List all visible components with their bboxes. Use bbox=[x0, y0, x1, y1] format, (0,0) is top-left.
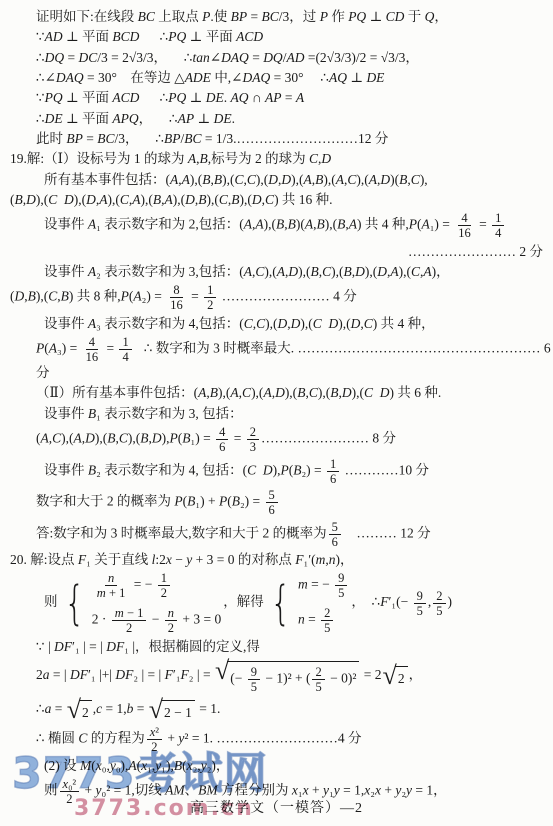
fraction: 816 bbox=[167, 283, 186, 312]
equation-system: {nm + 1 = − 122 · m − 12 − n2 + 3 = 0 bbox=[60, 571, 222, 635]
document-page: 证明如下:在线段 BC 上取点 P.使 BP = BC/3，过 P 作 PQ ⊥… bbox=[0, 0, 553, 826]
text-line: ∴a = √2,c = 1,b = √2 − 1 = 1. bbox=[0, 697, 553, 723]
text-line: (A,C),(A,D),(B,C),(B,D),P(B₁) = 46 = 23…… bbox=[0, 425, 553, 454]
fraction: 46 bbox=[216, 425, 228, 454]
fraction: 95 bbox=[335, 571, 347, 600]
brace-icon: { bbox=[270, 584, 290, 623]
text-line: 设事件 B₁ 表示数字和为 3, 包括： bbox=[0, 405, 553, 423]
text-line: 20. 解:设点 F₁ 关于直线 l:2x − y + 3 = 0 的对称点 F… bbox=[0, 551, 553, 569]
square-root: √2 bbox=[383, 663, 408, 689]
fraction: nm + 1 bbox=[94, 571, 129, 600]
text-line: ∴DE ⊥ 平面 APQ， ∴AP ⊥ DE. bbox=[0, 110, 553, 128]
fraction: 12 bbox=[204, 283, 216, 312]
text-line: 此时 BP = BC/3， ∴BP/BC = 1/3.………………………12 分 bbox=[0, 130, 553, 148]
text-line: P(A₃) = 416 = 14 ∴ 数字和为 3 时概率最大. …………………… bbox=[0, 335, 553, 382]
square-root: √2 bbox=[67, 697, 92, 723]
square-root: √(− 95 − 1)² + (25 − 0)² bbox=[215, 658, 359, 694]
square-root: √2 − 1 bbox=[149, 697, 195, 723]
fraction: m − 12 bbox=[112, 606, 147, 635]
text-line: 证明如下:在线段 BC 上取点 P.使 BP = BC/3，过 P 作 PQ ⊥… bbox=[0, 8, 553, 26]
text-line: ∵AD ⊥ 平面 BCD ∴PQ ⊥ 平面 ACD bbox=[0, 28, 553, 46]
text-line: 19.解:（Ⅰ）设标号为 1 的球为 A,B,标号为 2 的球为 C,D bbox=[0, 150, 553, 168]
text-line: 设事件 A₃ 表示数字和为 4,包括：(C,C),(D,D),(C D),(D,… bbox=[0, 315, 553, 333]
text-line: （Ⅱ）所有基本事件包括：(A,B),(A,C),(A,D),(B,C),(B,D… bbox=[0, 384, 553, 402]
fraction: 23 bbox=[247, 425, 259, 454]
fraction: 95 bbox=[414, 589, 426, 618]
brace-icon: { bbox=[64, 584, 84, 623]
text-line: 数字和大于 2 的概率为 P(B₁) + P(B₂) = 56 bbox=[0, 488, 553, 517]
fraction: 14 bbox=[119, 335, 131, 364]
fraction: 416 bbox=[455, 211, 474, 240]
text-line: 则{nm + 1 = − 122 · m − 12 − n2 + 3 = 0，解… bbox=[0, 571, 553, 635]
fraction: 16 bbox=[327, 457, 339, 486]
fraction: 95 bbox=[248, 665, 260, 694]
document-text: 证明如下:在线段 BC 上取点 P.使 BP = BC/3，过 P 作 PQ ⊥… bbox=[0, 8, 553, 806]
text-line: 设事件 B₂ 表示数字和为 4, 包括：(C D),P(B₂) = 16 ………… bbox=[0, 457, 553, 486]
text-line: (2) 设 M(x₀,y₀),A(x₁,y₁),B(x₂,y₂)， bbox=[0, 757, 553, 775]
text-line: 设事件 A₁ 表示数字和为 2,包括：(A,A),(B,B)(A,B),(B,A… bbox=[0, 211, 553, 240]
text-line: 所有基本事件包括：(A,A),(B,B),(C,C),(D,D),(A,B),(… bbox=[0, 171, 553, 189]
text-line: ∵PQ ⊥ 平面 ACD ∴PQ ⊥ DE. AQ ∩ AP = A bbox=[0, 89, 553, 107]
equation-system: {m = − 95n = 25 bbox=[266, 571, 350, 635]
fraction: 14 bbox=[492, 211, 504, 240]
fraction: 25 bbox=[433, 589, 445, 618]
page-footer: 高三数学文（一模答）—2 bbox=[0, 797, 553, 817]
fraction: 416 bbox=[83, 335, 102, 364]
text-line: ∵ | DF′₁ | = | DF₁ |，根据椭圆的定义,得 bbox=[0, 638, 553, 656]
text-line: ∴ 椭圆 C 的方程为x²2 + y² = 1. ………………………4 分 bbox=[0, 725, 553, 754]
text-line: …………………… 2 分 bbox=[0, 243, 553, 261]
fraction: x²2 bbox=[147, 725, 162, 754]
fraction: 56 bbox=[329, 520, 341, 549]
fraction: 25 bbox=[312, 665, 324, 694]
text-line: 2a = | DF′₁ |+| DF₂ | = | F′₁F₂ | = √(− … bbox=[0, 658, 553, 694]
text-line: 答:数字和为 3 时概率最大,数字和大于 2 的概率为56 ……… 12 分 bbox=[0, 520, 553, 549]
text-line: 设事件 A₂ 表示数字和为 3,包括：(A,C),(A,D),(B,C),(B,… bbox=[0, 263, 553, 281]
fraction: 56 bbox=[266, 488, 278, 517]
text-line: ∴DQ = DC/3 = 2√3/3， ∴tan∠DAQ = DQ/AD =(2… bbox=[0, 49, 553, 67]
fraction: n2 bbox=[165, 606, 177, 635]
text-line: (B,D),(C D),(D,A),(C,A),(B,A),(D,B),(C,B… bbox=[0, 191, 553, 209]
fraction: 25 bbox=[321, 606, 333, 635]
text-line: ∴∠DAQ = 30° 在等边 △ADE 中,∠DAQ = 30° ∴AQ ⊥ … bbox=[0, 69, 553, 87]
text-line: (D,B),(C,B) 共 8 种,P(A₂) = 816 = 12 ……………… bbox=[0, 283, 553, 312]
fraction: 12 bbox=[158, 571, 170, 600]
